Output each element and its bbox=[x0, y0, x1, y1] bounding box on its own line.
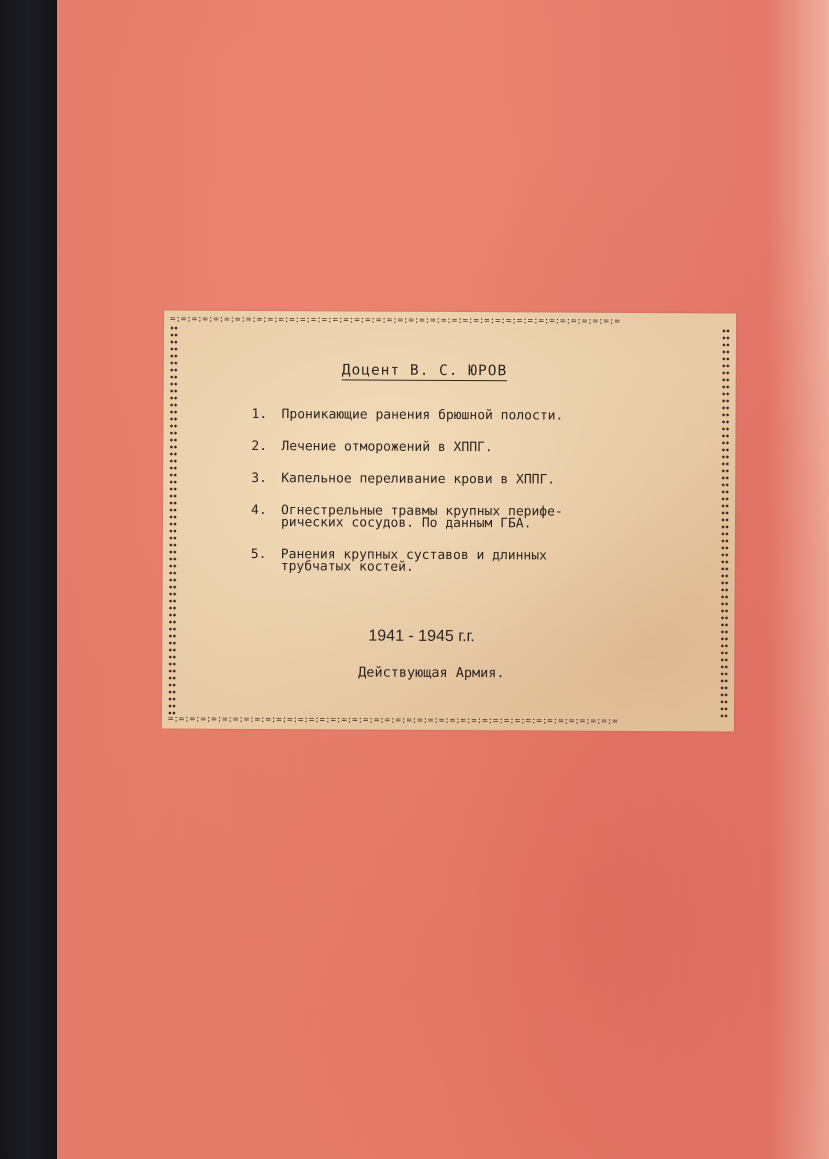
label-border-bottom: =:=:=:=:=:=:=:=:=:=:=:=:=:=:=:=:=:=:=:=:… bbox=[168, 715, 728, 728]
army-footer: Действующая Армия. bbox=[358, 666, 504, 681]
book-spine bbox=[0, 0, 57, 1159]
topic-title: Капельное переливание крови в ХППГ. bbox=[281, 473, 555, 486]
label-border-left bbox=[168, 325, 178, 715]
topic-number: 1. bbox=[252, 409, 282, 421]
years-range: 1941 - 1945 г.г. bbox=[368, 630, 475, 645]
topic-item: 3. Капельное переливание крови в ХППГ. bbox=[251, 473, 721, 487]
label-border-right bbox=[720, 327, 730, 717]
topic-title: Ранения крупных суставов и длинных трубч… bbox=[281, 549, 547, 574]
topic-number: 2. bbox=[251, 441, 281, 453]
topic-title: Проникающие ранения брюшной полости. bbox=[282, 409, 564, 422]
topic-item: 4. Огнестрельные травмы крупных перифе- … bbox=[251, 505, 721, 531]
topic-number: 4. bbox=[251, 505, 281, 529]
topic-title: Лечение отморожений в ХППГ. bbox=[281, 441, 492, 454]
topic-title: Огнестрельные травмы крупных перифе- рич… bbox=[281, 505, 563, 530]
topic-item: 2. Лечение отморожений в ХППГ. bbox=[251, 441, 721, 455]
topic-item: 5. Ранения крупных суставов и длинных тр… bbox=[251, 549, 721, 575]
topic-number: 3. bbox=[251, 473, 281, 485]
topic-number: 5. bbox=[251, 549, 281, 573]
label-border-top: =:=:=:=:=:=:=:=:=:=:=:=:=:=:=:=:=:=:=:=:… bbox=[170, 315, 730, 328]
topic-item: 1. Проникающие ранения брюшной полости. bbox=[252, 409, 722, 423]
author-name: Доцент В. С. ЮРОВ bbox=[342, 363, 507, 378]
topics-list: 1. Проникающие ранения брюшной полости. … bbox=[251, 409, 722, 595]
pasted-label: =:=:=:=:=:=:=:=:=:=:=:=:=:=:=:=:=:=:=:=:… bbox=[162, 311, 736, 732]
